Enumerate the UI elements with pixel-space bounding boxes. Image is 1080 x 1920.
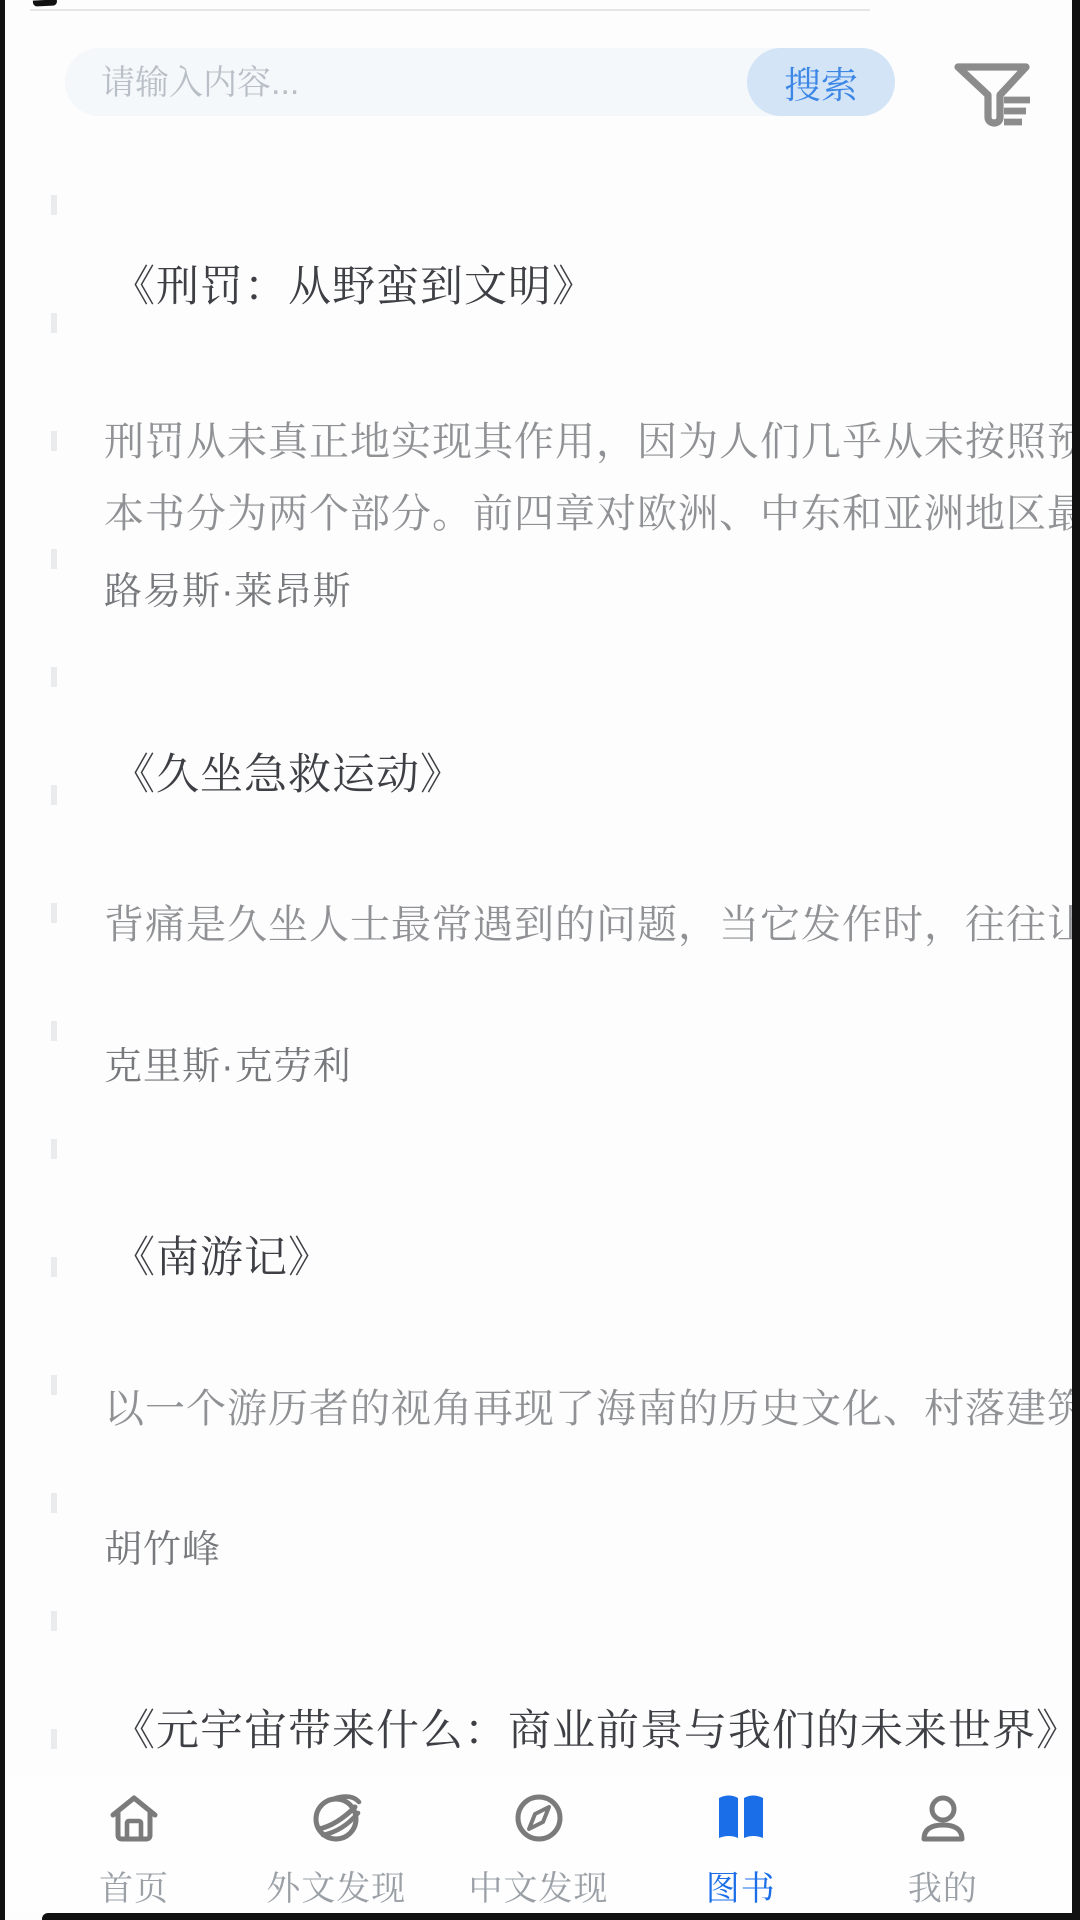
book-author: 克里斯·克劳利 (104, 1035, 352, 1090)
user-icon (910, 1785, 976, 1851)
book-description-line: 本书分为两个部分。前四章对欧洲、中东和亚洲地区最早 (104, 482, 1073, 539)
nav-tab-label: 首页 (99, 1861, 169, 1910)
scan-artifact-dashes (51, 195, 57, 1785)
home-icon (101, 1785, 167, 1851)
nav-tab-mine[interactable]: 我的 (842, 1777, 1044, 1913)
nav-tab-label: 我的 (908, 1861, 978, 1910)
search-bar: 搜索 (65, 48, 895, 116)
bottom-nav-bar: 首页 外文发现 中文发现 (5, 1777, 1072, 1913)
scan-artifact-line (30, 9, 870, 11)
planet-icon (303, 1785, 369, 1851)
book-title: 《元宇宙带来什么：商业前景与我们的未来世界》 (112, 1697, 1073, 1758)
filter-button[interactable] (944, 56, 1040, 134)
book-title: 《刑罚：从野蛮到文明》 (112, 253, 1073, 314)
book-description-line: 刑罚从未真正地实现其作用，因为人们几乎从未按照预想 (104, 410, 1073, 467)
filter-funnel-icon (946, 57, 1038, 134)
book-description-line: 背痛是久坐人士最常遇到的问题，当它发作时，往往让人 (104, 893, 1073, 950)
nav-tab-books[interactable]: 图书 (640, 1777, 842, 1913)
compass-icon (506, 1785, 572, 1851)
book-description-line: 以一个游历者的视角再现了海南的历史文化、村落建筑、 (104, 1377, 1073, 1434)
nav-tab-label: 图书 (706, 1861, 776, 1910)
book-author: 胡竹峰 (104, 1518, 221, 1573)
screen-edge-artifact (1072, 0, 1080, 1920)
book-icon (708, 1785, 774, 1851)
nav-tab-foreign-discovery[interactable]: 外文发现 (235, 1777, 437, 1913)
screen-edge-artifact (0, 0, 5, 1920)
app-screen: 搜索 《刑罚：从野蛮到文明》 刑罚从未真正地实现其作用，因为人们几乎从未按照预想… (0, 0, 1080, 1920)
nav-tab-home[interactable]: 首页 (33, 1777, 235, 1913)
search-button[interactable]: 搜索 (747, 48, 895, 116)
book-title: 《南游记》 (112, 1224, 1073, 1285)
nav-tab-label: 外文发现 (266, 1861, 406, 1910)
book-title: 《久坐急救运动》 (112, 741, 1073, 802)
nav-tab-label: 中文发现 (469, 1861, 609, 1910)
book-author: 路易斯·莱昂斯 (104, 560, 352, 615)
search-input[interactable] (99, 48, 703, 118)
screen-edge-artifact (33, 0, 57, 7)
screen-edge-artifact (42, 1913, 1080, 1920)
nav-tab-chinese-discovery[interactable]: 中文发现 (437, 1777, 639, 1913)
